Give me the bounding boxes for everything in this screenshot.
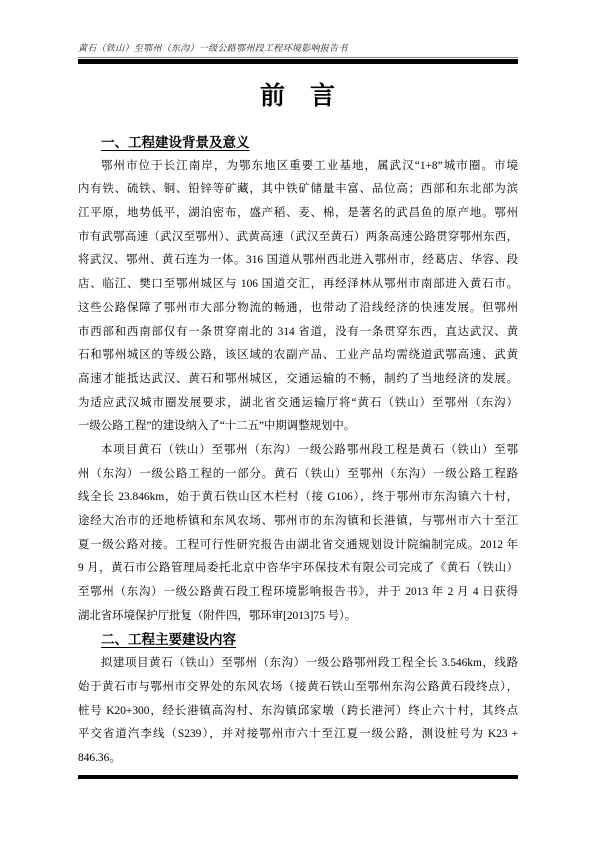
text-line: 拟建项目黄石（铁山）至鄂州（东沟）一级公路鄂州段工程全长 3.546km，线路 [78,652,518,676]
text-line: 市西部和西南部仅有一条贯穿南北的 314 省道，没有一条贯穿东西，直达武汉、黄 [78,321,518,345]
text-line: 内有铁、硫铁、铜、铅锌等矿藏，其中铁矿储量丰富、品位高；西部和东北部为滨 [78,178,518,202]
running-header-title: 黄石（铁山）至鄂州（东沟）一级公路鄂州段工程环境影响报告书 [78,42,518,54]
section-heading: 一、工程建设背景及意义 [78,131,518,155]
text-line: 市有武鄂高速（武汉至鄂州）、武黄高速（武汉至黄石）两条高速公路贯穿鄂州东西， [78,226,518,250]
header-double-rule [78,57,518,64]
text-line: 846.36。 [78,747,518,771]
document-page: 黄石（铁山）至鄂州（东沟）一级公路鄂州段工程环境影响报告书 前 言 一、工程建设… [0,0,595,841]
section-heading-text: 一、工程建设背景及意义 [101,135,250,150]
page-title: 前 言 [0,80,595,112]
section-heading-text: 二、工程主要建设内容 [101,632,236,647]
text-line: 始于黄石市与鄂州市交界处的东风农场（接黄石铁山至鄂州东沟公路黄石段终点）， [78,676,518,700]
text-line: 将武汉、鄂州、黄石连为一体。316 国道从鄂州西北进入鄂州市，经葛店、华容、段 [78,249,518,273]
text-line: 这些公路保障了鄂州市大部分物流的畅通，也带动了沿线经济的快速发展。但鄂州 [78,297,518,321]
footer-rule [78,775,518,779]
text-line: 石和鄂州城区的等级公路，该区域的农副产品、工业产品均需绕道武鄂高速、武黄 [78,344,518,368]
document-body: 一、工程建设背景及意义 鄂州市位于长江南岸，为鄂东地区重要工业基地，属武汉“1+… [78,131,518,771]
text-line: 桩号 K20+300，经长港镇高沟村、东沟镇邱家墩（跨长港河）终止六十村，其终点 [78,700,518,724]
text-line: 线全长 23.846km，始于黄石铁山区木栏村（接 G106），终于鄂州市东沟镇… [78,486,518,510]
text-line: 9 月，黄石市公路管理局委托北京中咨华宇环保技术有限公司完成了《黄石（铁山） [78,557,518,581]
text-line: 为适应武汉城市圈发展要求，湖北省交通运输厅将“黄石（铁山）至鄂州（东沟） [78,392,518,416]
text-line: 夏一级公路对接。工程可行性研究报告由湖北省交通规划设计院编制完成。2012 年 [78,534,518,558]
text-line: 高速才能抵达武汉、黄石和鄂州城区，交通运输的不畅，制约了当地经济的发展。 [78,368,518,392]
text-line: 平交省道汽李线（S239），并对接鄂州市六十至江夏一级公路，测设桩号为 K23 … [78,723,518,747]
text-line: 江平原，地势低平，湖泊密布，盛产稻、麦、棉，是著名的武昌鱼的原产地。鄂州 [78,202,518,226]
text-line: 店、临江、樊口至鄂州城区与 106 国道交汇，再经泽林从鄂州市南部进入黄石市。 [78,273,518,297]
text-line: 州（东沟）一级公路工程的一部分。黄石（铁山）至鄂州（东沟）一级公路工程路 [78,463,518,487]
text-line: 至鄂州（东沟）一级公路黄石段工程环境影响报告书》，并于 2013 年 2 月 4… [78,581,518,605]
text-line: 湖北省环境保护厅批复（附件四，鄂环审[2013]75 号）。 [78,605,518,629]
text-line: 本项目黄石（铁山）至鄂州（东沟）一级公路鄂州段工程是黄石（铁山）至鄂 [78,439,518,463]
text-line: 途经大冶市的还地桥镇和东风农场、鄂州市的东沟镇和长港镇，与鄂州市六十至江 [78,510,518,534]
text-line: 鄂州市位于长江南岸，为鄂东地区重要工业基地，属武汉“1+8”城市圈。市境 [78,155,518,179]
header-thick-rule [78,59,518,64]
text-line: 一级公路工程”的建设纳入了“十二五”中期调整规划中。 [78,415,518,439]
section-heading: 二、工程主要建设内容 [78,628,518,652]
